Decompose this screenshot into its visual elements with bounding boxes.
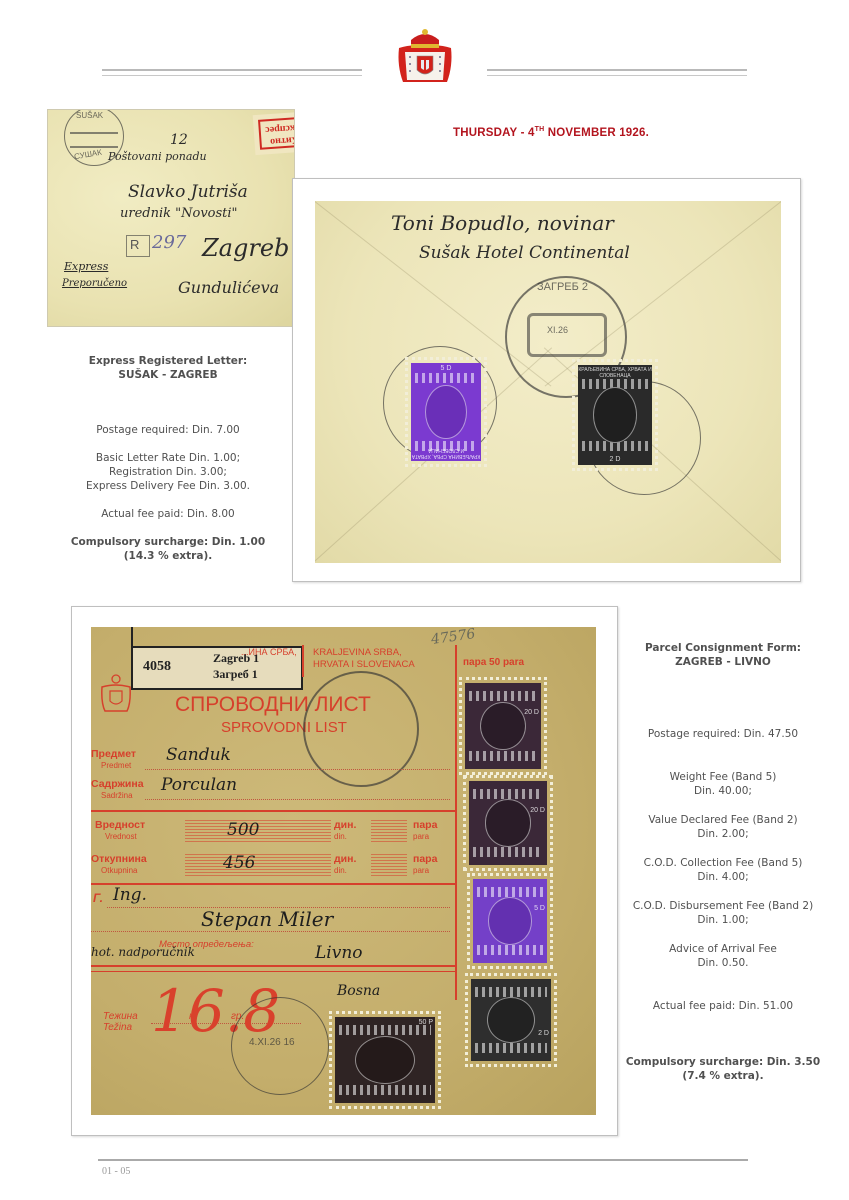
- letter-front-image: SUŠAK СУШАК XитноЕкспрес 12 Poštovani po…: [47, 109, 295, 327]
- express-label: XитноЕкспрес: [253, 111, 295, 155]
- registration-box: R: [126, 235, 150, 257]
- letter-back-frame: Toni Bopudlo, novinar Sušak Hotel Contin…: [292, 178, 801, 582]
- parcel-form-image: 4058 Zagreb 1 Загреб 1 ...ИНА СРБА, KRAL…: [91, 627, 596, 1115]
- header-rule-left: [102, 69, 362, 76]
- stamp-50-para: 50 P: [329, 1011, 441, 1109]
- stamp-5-dinar: 5 D: [467, 873, 553, 969]
- form-emblem-icon: [99, 673, 133, 715]
- page-number: 01 - 05: [102, 1166, 130, 1177]
- header-rule-right: [487, 69, 747, 76]
- footer-rule: [98, 1159, 748, 1161]
- letter-description: Express Registered Letter: SUŠAK - ZAGRE…: [58, 354, 278, 563]
- stamp-2-dinar: 2 D: [465, 973, 557, 1067]
- stamp-20-dinar-1: 20 D: [459, 677, 547, 775]
- date-heading: THURSDAY - 4TH NOVEMBER 1926.: [446, 126, 656, 139]
- stamp-20-dinar-2: 20 D: [463, 775, 553, 871]
- letter-back-image: Toni Bopudlo, novinar Sušak Hotel Contin…: [315, 201, 781, 563]
- stamp-5-dinar-violet: КРАЉЕВИНА СРБА, ХРВАТА И СЛОВЕНАЦА 5 D: [405, 357, 487, 467]
- parcel-description: Parcel Consignment Form: ZAGREB - LIVNO …: [618, 641, 828, 1083]
- coat-of-arms-icon: [395, 26, 455, 90]
- parcel-form-frame: 4058 Zagreb 1 Загреб 1 ...ИНА СРБА, KRAL…: [71, 606, 618, 1136]
- stamp-2-dinar-black: КРАЉЕВИНА СРБА, ХРВАТА И СЛОВЕНАЦА 2 D: [572, 359, 658, 471]
